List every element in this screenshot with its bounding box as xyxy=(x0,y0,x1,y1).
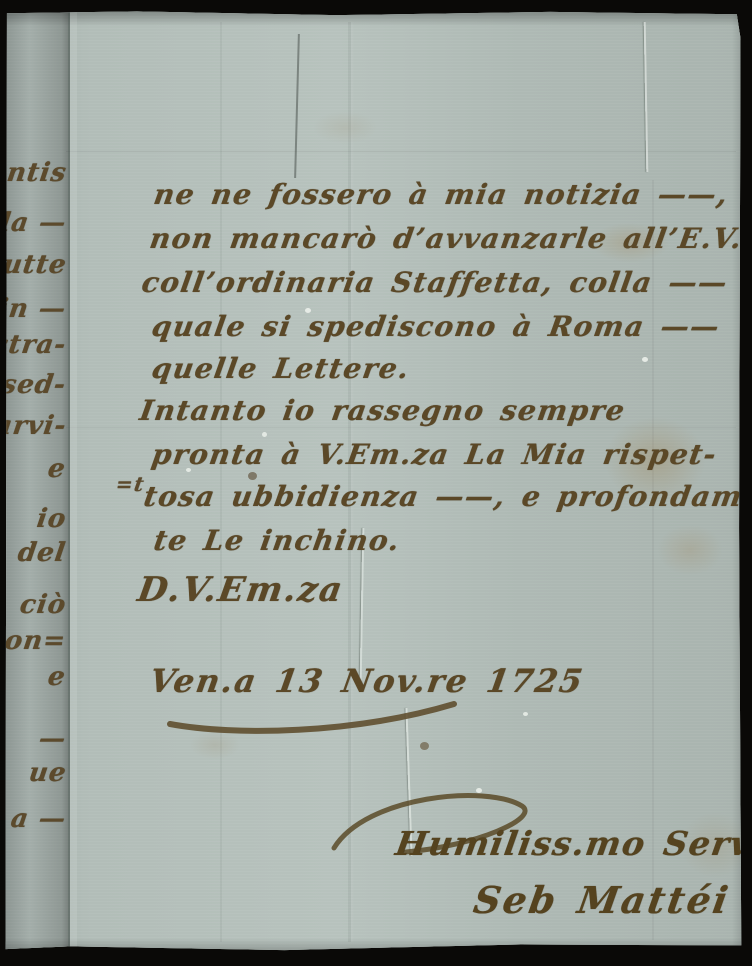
paper-speck xyxy=(262,432,267,437)
signature-name: Seb Mattéi — xyxy=(471,878,752,922)
crease xyxy=(66,151,736,152)
letter-line: tosa ubbidienza ——, e profondamen- xyxy=(141,480,752,513)
crease xyxy=(294,34,300,178)
fragment-text: in — xyxy=(4,294,68,324)
ink-speck xyxy=(248,472,257,480)
letter-line: quelle Lettere. xyxy=(149,352,412,385)
dateline: Ven.a 13 Nov.re 1725 xyxy=(147,662,587,700)
fragment-text: e xyxy=(46,662,68,692)
facing-page-edge: ntis ola — tutte in — stra- rised- arvi-… xyxy=(4,10,68,952)
letter-page: ntis ola — tutte in — stra- rised- arvi-… xyxy=(4,10,742,952)
fragment-text: ue xyxy=(26,758,68,788)
letter-line: Intanto io rassegno sempre xyxy=(137,394,627,427)
letter-line: te Le inchino. xyxy=(151,524,402,557)
stain xyxy=(180,725,250,765)
fragment-text: ola — xyxy=(4,208,68,238)
fragment-text: io xyxy=(35,504,68,534)
page-fold-highlight xyxy=(70,10,77,952)
signature-honorific: Humiliss.mo Servid.re xyxy=(393,824,752,863)
paper-speck xyxy=(476,788,482,793)
letter-line: pronta à V.Em.za La Mia rispet- xyxy=(149,438,719,471)
fragment-text: del xyxy=(16,538,68,568)
letter-line: quale si spediscono à Roma —— xyxy=(149,310,722,343)
ink-flourish xyxy=(164,696,464,738)
fragment-text: ntis xyxy=(4,158,68,188)
fragment-text: ciò xyxy=(18,590,68,620)
letter-line: ne ne fossero à mia notizia ——, xyxy=(151,178,731,211)
fragment-text: stra- xyxy=(4,330,68,360)
fragment-text: rised- xyxy=(4,370,68,400)
stain xyxy=(645,515,735,585)
crease xyxy=(66,427,736,428)
stain xyxy=(300,105,390,150)
crease xyxy=(644,22,649,172)
fragment-text: lon= xyxy=(4,626,68,656)
letter-line: non mancarò d’avvanzarle all’E.V. xyxy=(147,222,745,255)
ink-speck xyxy=(420,742,429,750)
fragment-text: arvi- xyxy=(4,411,68,441)
paper-speck xyxy=(642,357,648,362)
manuscript-scan: ntis ola — tutte in — stra- rised- arvi-… xyxy=(0,0,752,966)
fragment-text: tutte xyxy=(4,250,68,280)
insertion-mark: =t xyxy=(114,472,147,496)
letter-line: coll’ordinaria Staffetta, colla —— xyxy=(139,266,730,299)
fragment-text: — xyxy=(37,724,68,754)
valediction: D.V.Em.za xyxy=(135,570,347,610)
fragment-text: a — xyxy=(9,804,68,834)
paper-speck xyxy=(523,712,528,716)
fragment-text: e xyxy=(46,454,68,484)
